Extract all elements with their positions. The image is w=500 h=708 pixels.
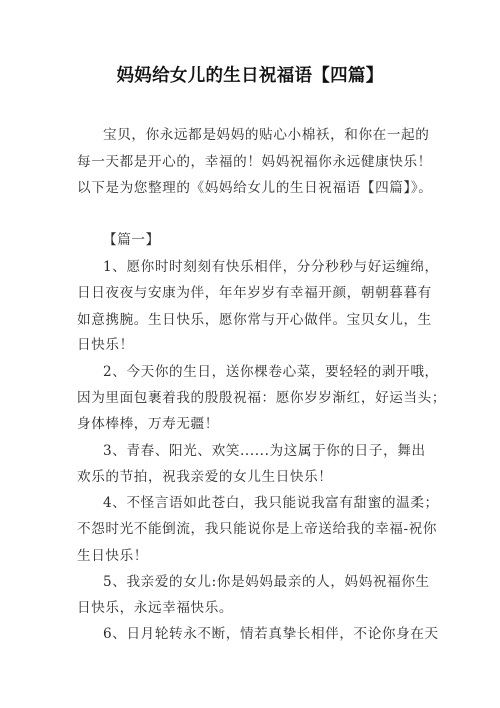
body-line: 如意携腕。生日快乐，愿你常与开心做伴。宝贝女儿，生 xyxy=(77,311,432,329)
body-line: 身体棒棒，万寿无疆！ xyxy=(77,415,219,433)
body-line: 6、日月轮转永不断，情若真挚长相伴，不论你身在天 xyxy=(103,625,439,643)
body-line: 5、我亲爱的女儿:你是妈妈最亲的人，妈妈祝福你生 xyxy=(103,573,430,591)
intro-line: 每一天都是开心的，幸福的！妈妈祝福你永远健康快乐！ xyxy=(77,153,432,171)
body-line: 日快乐！ xyxy=(77,336,134,354)
body-line: 3、青春、阳光、欢笑......为这属于你的日子，舞出 xyxy=(103,442,426,460)
body-line: 日日夜夜与安康为伴，年年岁岁有幸福开颜，朝朝暮暮有 xyxy=(77,284,432,302)
body-line: 欢乐的节拍，祝我亲爱的女儿生日快乐！ xyxy=(77,468,333,486)
body-line: 日快乐，永远幸福快乐。 xyxy=(77,599,233,617)
body-line: 2、今天你的生日，送你棵卷心菜，要轻轻的剥开哦， xyxy=(103,363,439,381)
intro-line: 宝贝，你永远都是妈妈的贴心小棉袄，和你在一起的 xyxy=(103,126,429,144)
document-page: 妈妈给女儿的生日祝福语【四篇】 宝贝，你永远都是妈妈的贴心小棉袄，和你在一起的 … xyxy=(0,0,500,708)
intro-line: 以下是为您整理的《妈妈给女儿的生日祝福语【四篇】》。 xyxy=(77,179,432,197)
body-line: 生日快乐！ xyxy=(77,547,148,565)
document-title: 妈妈给女儿的生日祝福语【四篇】 xyxy=(0,62,500,87)
body-line: 4、不怪言语如此苍白，我只能说我富有甜蜜的温柔； xyxy=(103,494,439,512)
section-heading: 【篇一】 xyxy=(103,231,160,249)
body-line: 因为里面包裹着我的殷殷祝福：愿你岁岁渐红，好运当头； xyxy=(77,389,446,407)
body-line: 1、愿你时时刻刻有快乐相伴，分分秒秒与好运缠绵， xyxy=(103,258,439,276)
body-line: 不怨时光不能倒流，我只能说你是上帝送给我的幸福-祝你 xyxy=(77,520,437,538)
